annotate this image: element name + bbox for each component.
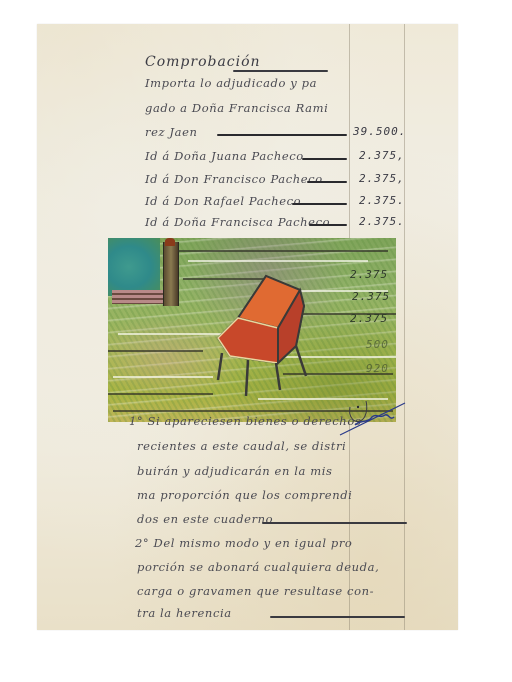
intro-line-1: Importa lo adjudicado y pa [145,76,317,90]
margin-line-right [404,24,405,630]
body-line-7: porción se abonará cualquiera deuda, [137,560,379,574]
painted-amount-2: 2.375 [352,290,390,303]
body-line-3: buirán y adjudicarán en la mis [137,464,333,478]
intro-line-3: rez Jaen [145,125,198,139]
entry-2-rule [307,181,347,183]
paint-stroke [108,350,203,352]
teal-step [112,290,167,304]
entry-1-text: Id á Doña Juana Pacheco [145,149,304,163]
body-line-8: carga o gravamen que resultase con- [137,584,374,598]
body-line-5: dos en este cuaderno [137,512,273,526]
pillar-cap [165,238,175,246]
body-line-1: 1° Si apareciesen bienes o derechos [129,414,361,428]
body-rule-1 [262,522,407,524]
intro-line-2: gado a Doña Francisca Rami [145,101,328,115]
amount-main: 39.500. [353,125,406,138]
entry-2-amount: 2.375, [359,172,405,185]
entry-4-amount: 2.375. [359,215,405,228]
entry-3-rule [292,203,347,205]
entry-1-amount: 2.375, [359,149,405,162]
entry-3-amount: 2.375. [359,194,405,207]
painted-amount-3: 2.375 [350,312,388,325]
body-line-2: recientes a este caudal, se distri [137,439,346,453]
red-armchair [208,268,333,403]
paint-stroke [108,393,213,395]
entry-3-text: Id á Don Rafael Pacheco [145,194,301,208]
entry-4-text: Id á Doña Francisca Pacheco [145,215,330,229]
body-rule-2 [270,616,405,618]
entry-4-rule [309,224,347,226]
title-underline [233,70,328,72]
body-line-9: tra la herencia [137,606,232,620]
painted-amount-5: 920 [366,362,389,375]
entry-1-rule [302,158,347,160]
body-line-6: 2° Del mismo modo y en igual pro [135,536,352,550]
painted-amount-4: 500 [366,338,389,351]
signature [330,395,410,445]
paint-stroke [178,250,388,252]
entry-2-text: Id á Don Francisco Pacheco [145,172,323,186]
document-title: Comprobación [145,54,261,70]
document-page: Comprobación Importa lo adjudicado y pa … [37,24,458,630]
paint-stroke [113,376,213,378]
body-line-4: ma proporción que los comprendi [137,488,352,502]
pillar [163,242,179,306]
teal-block [108,238,160,296]
paint-stroke [188,260,368,262]
intro-rule [217,134,347,136]
painted-amount-1: 2.375 [350,268,388,281]
